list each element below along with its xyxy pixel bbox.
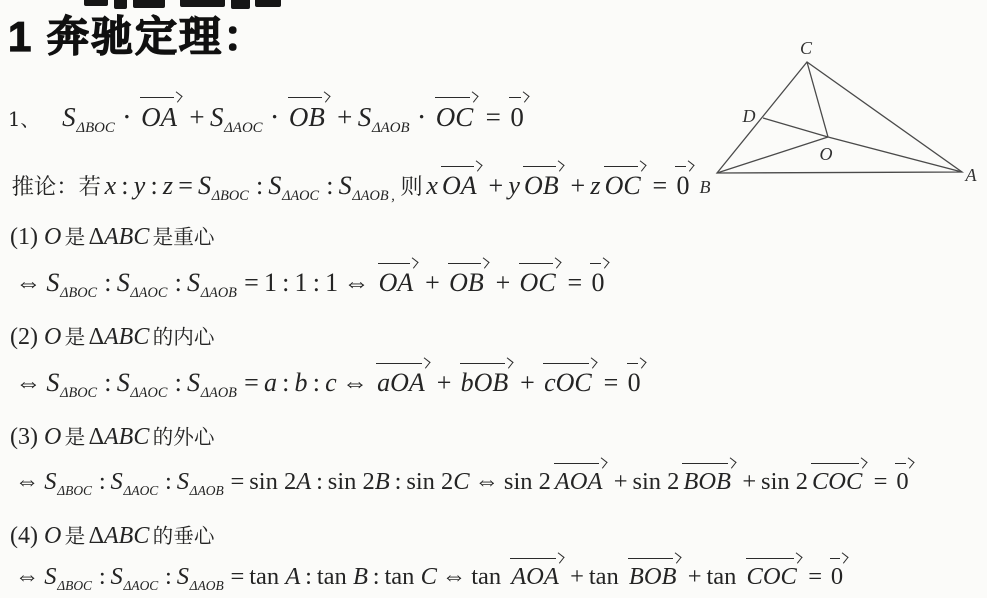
case-2-heading: (2) O是ΔABC的内心 <box>10 322 218 352</box>
vector-term: 0 <box>589 267 606 300</box>
math-token: (1) <box>10 224 44 250</box>
math-token: : <box>313 268 320 297</box>
math-token: z <box>590 171 600 200</box>
math-token: + <box>520 368 535 397</box>
math-token: b <box>295 368 308 397</box>
math-token: ⇔ <box>475 468 500 495</box>
math-token: 是 <box>65 225 86 249</box>
math-token: 1、 <box>8 108 40 131</box>
math-token: : <box>305 563 312 590</box>
math-token: = <box>808 563 822 590</box>
math-token: x <box>426 171 438 200</box>
vector-term: OB <box>522 170 561 203</box>
document-page: 1 奔驰定理： 1、SΔBOC⋅OA+SΔAOC⋅OB+SΔAOB⋅OC=0 推… <box>0 0 987 598</box>
math-token: O <box>44 523 61 549</box>
math-token: S <box>44 563 56 590</box>
math-token: (2) <box>10 324 44 350</box>
math-token: tan <box>589 563 625 590</box>
math-token: S <box>177 563 189 590</box>
math-token: ⇔ <box>15 468 40 495</box>
math-token: : <box>373 563 380 590</box>
math-token: sin 2 <box>406 468 453 495</box>
math-token: y <box>508 171 520 200</box>
math-token: ⋅ <box>122 102 131 132</box>
math-token: ΔBOC <box>60 285 97 301</box>
math-token: S <box>117 268 130 297</box>
case-3-heading: (3) O是ΔABC的外心 <box>10 422 218 452</box>
vector-term: OB <box>447 267 486 300</box>
math-token: x <box>105 171 117 200</box>
math-token: + <box>496 268 511 297</box>
point-label-o: O <box>820 144 833 164</box>
math-token: tan <box>707 563 743 590</box>
math-token: sin 2 <box>632 468 679 495</box>
case-1-heading: (1) O是ΔABC是重心 <box>10 222 218 252</box>
math-token: z <box>163 171 173 200</box>
vector-term: COC <box>745 562 799 593</box>
math-token: A <box>296 468 311 495</box>
math-token: ΔBOC <box>57 483 92 498</box>
math-token: = <box>874 468 888 495</box>
math-token: = <box>244 368 259 397</box>
vector-term: aOA <box>375 367 427 400</box>
math-token: tan <box>385 563 421 590</box>
math-token: ΔAOC <box>224 120 262 136</box>
math-token: : <box>104 268 111 297</box>
math-token: : <box>175 268 182 297</box>
math-token: : <box>121 171 128 200</box>
vector-term: AOA <box>553 467 605 498</box>
vector-term: OA <box>440 170 479 203</box>
math-token: ⇔ <box>15 563 40 590</box>
math-token: C <box>453 468 469 495</box>
math-token: ΔAOB <box>352 188 388 204</box>
math-token: ⇔ <box>342 368 368 397</box>
section-title: 1 奔驰定理： <box>8 4 267 64</box>
case-2-formula: ⇔SΔBOC:SΔAOC:SΔAOB=a:b:c⇔aOA+bOB+cOC=0 <box>10 367 647 403</box>
math-token: Δ <box>89 324 104 350</box>
math-token: = <box>231 468 245 495</box>
math-token: : <box>316 468 323 495</box>
math-token: 推论：若 <box>12 174 101 200</box>
math-token: : <box>165 468 172 495</box>
math-token: + <box>614 468 628 495</box>
math-token: ΔBOC <box>60 385 97 401</box>
math-token: ⇔ <box>442 563 467 590</box>
math-token: 是 <box>65 524 86 548</box>
math-token: : <box>326 171 333 200</box>
vertex-label-c: C <box>800 38 813 58</box>
math-token: tan <box>249 563 285 590</box>
vector-term: COC <box>810 467 864 498</box>
math-token: 的外心 <box>153 425 215 449</box>
theorem-formula: 1、SΔBOC⋅OA+SΔAOC⋅OB+SΔAOB⋅OC=0 <box>8 101 531 138</box>
math-token: ΔBOC <box>212 188 249 204</box>
vector-term: cOC <box>542 367 594 400</box>
point-label-d: D <box>742 106 756 126</box>
math-token: S <box>187 368 200 397</box>
math-token: + <box>688 563 702 590</box>
vector-term: OA <box>139 101 179 135</box>
math-token: + <box>742 468 756 495</box>
case-1-formula: ⇔SΔBOC:SΔAOC:SΔAOB=1:1:1⇔OA+OB+OC=0 <box>10 267 611 303</box>
vector-term: BOB <box>627 562 679 593</box>
cevian-a-d <box>763 118 962 172</box>
math-token: (3) <box>10 424 44 450</box>
math-token: S <box>62 102 76 132</box>
math-token: O <box>44 224 61 250</box>
math-token: : <box>175 368 182 397</box>
segment-b-o <box>717 137 828 173</box>
math-token: 是 <box>65 325 86 349</box>
vector-term: bOB <box>459 367 511 400</box>
math-token: : <box>99 468 106 495</box>
math-token: 是 <box>65 425 86 449</box>
vector-term: 0 <box>626 367 643 400</box>
math-token: + <box>571 171 586 200</box>
math-token: : <box>282 268 289 297</box>
math-token: O <box>44 324 61 350</box>
case-4-heading: (4) O是ΔABC的垂心 <box>10 521 218 551</box>
math-token: sin 2 <box>761 468 808 495</box>
math-token: A <box>285 563 300 590</box>
math-token: ΔAOC <box>130 385 167 401</box>
case-4-formula: ⇔SΔBOC:SΔAOC:SΔAOB=tan A:tan B:tan C⇔tan… <box>10 562 850 594</box>
vertex-label-a: A <box>965 165 978 185</box>
math-token: Δ <box>89 424 104 450</box>
vector-term: OA <box>377 267 416 300</box>
math-token: O <box>44 424 61 450</box>
math-token: : <box>395 468 402 495</box>
math-token: 则 <box>400 174 422 200</box>
math-token: y <box>134 171 146 200</box>
math-token: = <box>653 171 668 200</box>
math-token: S <box>198 171 211 200</box>
math-token: = <box>568 268 583 297</box>
math-token: : <box>256 171 263 200</box>
math-token: ΔAOC <box>123 483 158 498</box>
math-token: + <box>337 102 352 132</box>
math-token: 是重心 <box>153 225 215 249</box>
vector-term: 0 <box>894 467 910 498</box>
vector-term: 0 <box>674 170 691 203</box>
math-token: c <box>325 368 337 397</box>
math-token: ΔAOB <box>201 385 237 401</box>
math-token: = <box>244 268 259 297</box>
math-token: S <box>46 268 59 297</box>
math-token: + <box>570 563 584 590</box>
vector-term: OC <box>434 101 476 135</box>
math-token: 1 <box>325 268 338 297</box>
math-token: + <box>488 171 503 200</box>
math-token: ΔAOC <box>282 188 319 204</box>
math-token: S <box>111 468 123 495</box>
vector-term: BOB <box>681 467 733 498</box>
math-token: a <box>264 368 277 397</box>
math-token: 的内心 <box>153 325 215 349</box>
vector-term: OC <box>518 267 558 300</box>
vector-term: 0 <box>829 562 845 593</box>
math-token: + <box>425 268 440 297</box>
math-token: + <box>437 368 452 397</box>
math-token: ABC <box>104 224 149 250</box>
math-token: sin 2 <box>504 468 551 495</box>
math-token: ΔAOB <box>201 285 237 301</box>
case-3-formula: ⇔SΔBOC:SΔAOC:SΔAOB=sin 2A:sin 2B:sin 2C⇔… <box>10 467 915 499</box>
math-token: S <box>177 468 189 495</box>
math-token: ⋅ <box>417 102 426 132</box>
math-token: : <box>104 368 111 397</box>
math-token: : <box>99 563 106 590</box>
math-token: 的垂心 <box>153 524 215 548</box>
math-token: ABC <box>104 523 149 549</box>
math-token: ΔAOB <box>190 578 224 593</box>
math-token: = <box>178 171 193 200</box>
math-token: : <box>150 171 157 200</box>
math-token: C <box>421 563 437 590</box>
math-token: ⇔ <box>15 368 41 397</box>
math-token: ABC <box>104 424 149 450</box>
math-token: sin 2 <box>328 468 375 495</box>
math-token: ⇔ <box>343 268 369 297</box>
math-token: = <box>604 368 619 397</box>
math-token: tan <box>317 563 353 590</box>
math-token: S <box>46 368 59 397</box>
math-token: B <box>375 468 390 495</box>
math-token: : <box>282 368 289 397</box>
math-token: ⋅ <box>270 102 279 132</box>
math-token: : <box>165 563 172 590</box>
math-token: B <box>353 563 368 590</box>
math-token: Δ <box>89 523 104 549</box>
math-token: + <box>189 102 204 132</box>
vector-term: 0 <box>508 101 526 135</box>
math-token: (4) <box>10 523 44 549</box>
math-token: S <box>44 468 56 495</box>
math-token: = <box>486 102 501 132</box>
math-token: 1 <box>295 268 308 297</box>
corollary-line: 推论：若x:y:z=SΔBOC:SΔAOC:SΔAOB,则xOA+yOB+zOC… <box>8 170 696 206</box>
triangle-diagram: C D O B A <box>690 18 987 210</box>
math-token: = <box>231 563 245 590</box>
vertex-label-b: B <box>700 177 711 197</box>
math-token: Δ <box>89 224 104 250</box>
math-token: S <box>210 102 224 132</box>
math-token: ⇔ <box>15 268 41 297</box>
math-token: ΔAOC <box>123 578 158 593</box>
segment-c-o <box>807 62 828 137</box>
math-token: ABC <box>104 324 149 350</box>
math-token: ΔAOB <box>372 120 410 136</box>
math-token: S <box>111 563 123 590</box>
math-token: ΔBOC <box>57 578 92 593</box>
math-token: ΔBOC <box>76 120 114 136</box>
vector-term: OB <box>287 101 327 135</box>
math-token: S <box>117 368 130 397</box>
math-token: S <box>187 268 200 297</box>
math-token: ΔAOC <box>130 285 167 301</box>
math-token: S <box>339 171 352 200</box>
math-token: S <box>358 102 372 132</box>
math-token: 1 <box>264 268 277 297</box>
math-token: , <box>391 188 395 204</box>
math-token: ΔAOB <box>190 483 224 498</box>
math-token: S <box>268 171 281 200</box>
vector-term: AOA <box>509 562 561 593</box>
math-token: : <box>313 368 320 397</box>
vector-term: OC <box>603 170 643 203</box>
math-token: sin 2 <box>249 468 296 495</box>
math-token: tan <box>471 563 507 590</box>
